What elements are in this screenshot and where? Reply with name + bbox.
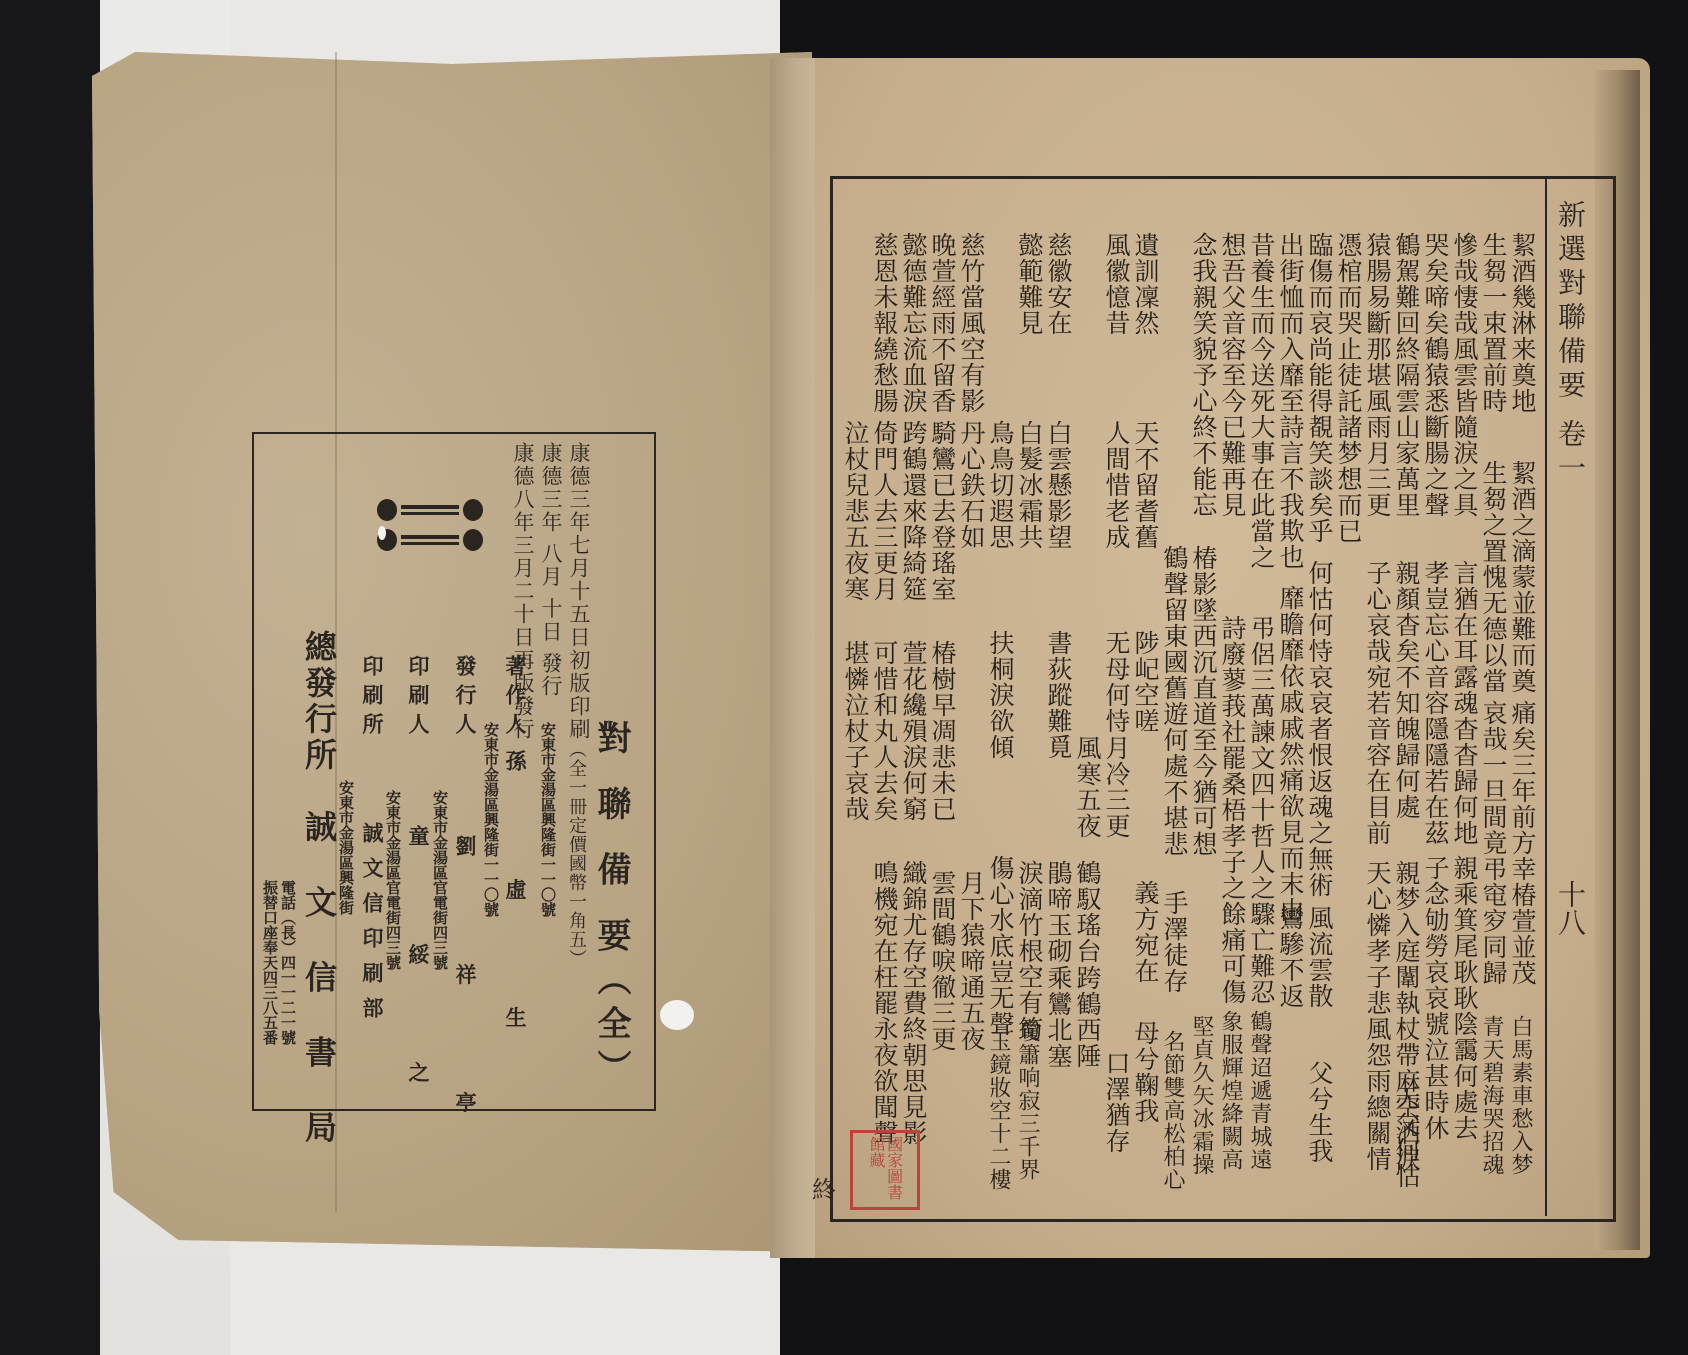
printer-label: 印刷人 [408, 655, 429, 742]
verse-column: 月冷三更 [1101, 735, 1131, 839]
verse-column: 騎鸞已去登瑤室 [927, 420, 957, 602]
verse-column: 无母何恃 [1101, 630, 1131, 734]
end-mark: 終 [812, 1170, 836, 1205]
verse-column: 丹心鉄石如 [956, 420, 986, 550]
verse-column: 萱花纔殞淚何窮 [898, 640, 928, 822]
verse-column: 堪憐泣杖子哀哉 [840, 640, 870, 822]
verse-column: 弔侶三萬諫文四十哲人之驟亡難忍 [1246, 615, 1276, 1005]
distributor-address: 安東市金湯區興隆街 [338, 780, 353, 915]
verse-column: 書荻蹤難覓 [1043, 630, 1073, 760]
verse-column: 鵑啼玉砌 [1043, 860, 1073, 964]
page-spine [770, 58, 815, 1258]
verse-column: 白馬素車愁入梦 [1507, 1015, 1534, 1176]
verse-column: 白髮冰霜共 [1014, 420, 1044, 550]
verse-column: 親乘箕尾耿耿陰靄何處去 [1449, 855, 1479, 1141]
verse-column: 慘哉悽哉風雲皆隨淚之具 [1449, 232, 1479, 518]
verse-column: 哭矣啼矣鶴猿悉斷腸之聲 [1420, 232, 1450, 518]
verse-column: 想吾父音容至今已難再見 [1217, 232, 1247, 518]
verse-column: 名節雙高松柏心 [1159, 1030, 1186, 1191]
book-price: （全一冊定價國幣一角五） [567, 740, 585, 968]
verse-column: 傷心水底豈无聲 [985, 855, 1015, 1037]
verse-column: 痛矣三年前方幸椿萱並茂 [1507, 700, 1537, 986]
verse-column: 絜酒幾淋来奠地 [1507, 232, 1537, 414]
author-label: 著作人 [505, 655, 526, 742]
verse-column: 象服輝煌絳闕高 [1217, 1010, 1244, 1171]
verse-column: 臨傷而哀尚能得覩笑談矣乎 [1304, 232, 1334, 544]
verse-column: 倚門人去三更月 [869, 420, 899, 602]
printshop-address: 安東市金湯區官電街四三號 [385, 790, 400, 970]
verse-column: 乘鸞北塞 [1043, 965, 1073, 1069]
verse-column: 出街恤而入靡至詩言不我欺也 [1275, 232, 1305, 570]
verse-column: 哀哉一旦間竟弔窀穸同歸 [1478, 700, 1508, 986]
verse-column: 孝豈忘心音容隱隱若在茲 [1420, 560, 1450, 846]
verse-column: 鳥鳥切遐思 [985, 420, 1015, 550]
colophon-date-1: 康德三年七月十五日初版印刷 [568, 442, 589, 741]
verse-column: 織錦尤存空費終朝思見影 [898, 860, 928, 1146]
account-number: 振替口座奉天四三八五番 [262, 880, 277, 1045]
printer-address: 安東市金湯區官電街四三號 [432, 790, 447, 970]
verse-column: 白雲懸影望 [1043, 420, 1073, 550]
verse-column: 青天碧海哭招魂 [1478, 1015, 1505, 1176]
verse-column: 瓊簫响寂三千界 [1014, 1020, 1041, 1181]
verse-column: 鶴聲留東國舊遊何處不堪悲 [1159, 545, 1189, 857]
verse-column: 懿範難見 [1014, 232, 1044, 336]
verse-column: 子念劬勞哀哀號泣甚時休 [1420, 855, 1450, 1141]
verse-column: 鶴駕難回終隔雲山家萬里 [1391, 232, 1421, 518]
verse-column: 泣杖兒悲五夜寒 [840, 420, 870, 602]
printshop-name: 誠文信印刷部 [362, 822, 383, 1032]
verse-column: 鶴聲迢遞青城遠 [1246, 1010, 1273, 1171]
phone-number: 電話（長）四一一二一號 [280, 880, 295, 1045]
verse-column: 何怙何恃哀哀者恨返魂之無術 [1304, 560, 1334, 898]
verse-column: 風寒五夜 [1072, 735, 1102, 839]
verse-column: 子心哀哉宛若音容在目前 [1362, 560, 1392, 846]
verse-column: 生芻之置愧无德以當 [1478, 460, 1508, 694]
page-number: 十八 [1550, 880, 1590, 936]
verse-column: 堅貞久矢冰霜操 [1188, 1015, 1215, 1176]
verse-column: 跨鶴還來降綺筵 [898, 420, 928, 602]
publisher-person-label: 發行人 [455, 655, 476, 742]
verse-column: 鸞驂不返 [1275, 905, 1305, 1009]
verse-column: 手澤徒存 [1159, 890, 1189, 994]
background-dark-strip [0, 0, 100, 1355]
verse-column: 憑棺而哭止徒託諸梦想而已 [1333, 232, 1363, 544]
verse-column: 鶴馭瑤台 [1072, 860, 1102, 964]
verse-column: 猿腸易斷那堪風雨月三更 [1362, 232, 1392, 518]
verse-column: 母兮鞠我 [1130, 1020, 1160, 1124]
verse-column: 言猶在耳露魂杳杳歸何地 [1449, 560, 1479, 846]
book-heading: 新選對聯備要 卷一 [1550, 200, 1590, 487]
paper-hole [378, 526, 386, 540]
verse-column: 風流雲散 [1304, 905, 1334, 1009]
verse-column: 淚滴竹根空有筍 [1014, 860, 1044, 1042]
verse-column: 扶桐淚欲傾 [985, 630, 1015, 760]
paper-hole [660, 1000, 694, 1030]
distributor-name: 誠 文 信 書 局 [303, 810, 335, 1159]
ornament-icon [375, 495, 485, 555]
verse-column: 風徽憶昔 [1101, 232, 1131, 336]
verse-column: 天心憐孝子悲風怨雨總關情 [1362, 860, 1392, 1172]
verse-column: 陟屺空嗟 [1130, 630, 1160, 734]
verse-column: 椿樹早凋悲未已 [927, 640, 957, 822]
verse-column: 義方宛在 [1130, 880, 1160, 984]
verse-column: 靡瞻靡依戚戚然痛欲見而末由 [1275, 585, 1305, 923]
verse-column: 父兮生我 [1304, 1060, 1334, 1164]
verse-column: 遺訓凜然 [1130, 232, 1160, 336]
verse-column: 跨鶴西陲 [1072, 965, 1102, 1069]
verse-column: 可惜和丸人去矣 [869, 640, 899, 822]
verse-column: 親顏杳矣不知魄歸何處 [1391, 560, 1421, 820]
verse-column: 懿德難忘流血淚 [898, 232, 928, 414]
verse-column: 雲間鶴唳徹三更 [927, 870, 957, 1052]
verse-column: 玉鏡妝空十二樓 [985, 1030, 1012, 1191]
verse-column: 晚萱經雨不留香 [927, 232, 957, 414]
verse-column: 慈竹當風空有影 [956, 232, 986, 414]
verse-column: 椿影墜西沉直道至今猶可想 [1188, 545, 1218, 857]
verse-column: 天不留耆舊 [1130, 420, 1160, 550]
book-title: 對 聯 備 要（全） [594, 720, 628, 1094]
verse-column: 絜酒之滴蒙並難而奠 [1507, 460, 1537, 694]
printshop-label: 印刷所 [362, 655, 383, 742]
verse-column: 念我親笑貌予心終不能忘 [1188, 232, 1218, 518]
verse-column: 慈恩未報繞愁腸 [869, 232, 899, 414]
verse-column: 慈徽安在 [1043, 232, 1073, 336]
verse-column: 口澤猶存 [1101, 1050, 1131, 1154]
author-address: 安東市金湯區興隆街一一〇號 [540, 722, 555, 917]
verse-column: 鳴機宛在枉罷永夜欲聞聲 [869, 860, 899, 1146]
printer-name: 童 綏 之 [408, 825, 429, 1128]
verse-column: 詩廢蓼莪社罷桑梧孝子之餘痛可傷 [1217, 615, 1247, 1005]
verse-column: 生芻一束置前時 [1478, 232, 1508, 414]
colophon-date-2: 康德三年 八月 十日 發行 [540, 442, 561, 698]
verse-column: 昔養生而今送死大事在此當之 [1246, 232, 1276, 570]
author-name: 孫 虛 生 [505, 750, 526, 1078]
publisher-address: 安東市金湯區興隆街一一〇號 [483, 722, 498, 917]
verse-column: 人間惜老成 [1101, 420, 1131, 550]
verse-column: 无父何怙 [1391, 1085, 1421, 1189]
verse-column: 月下猿啼通五夜 [956, 870, 986, 1052]
library-seal: 國家圖書館藏 [850, 1130, 920, 1210]
publisher-person-name: 劉 祥 亭 [455, 835, 476, 1163]
distributor-label: 總發行所 [303, 630, 335, 774]
